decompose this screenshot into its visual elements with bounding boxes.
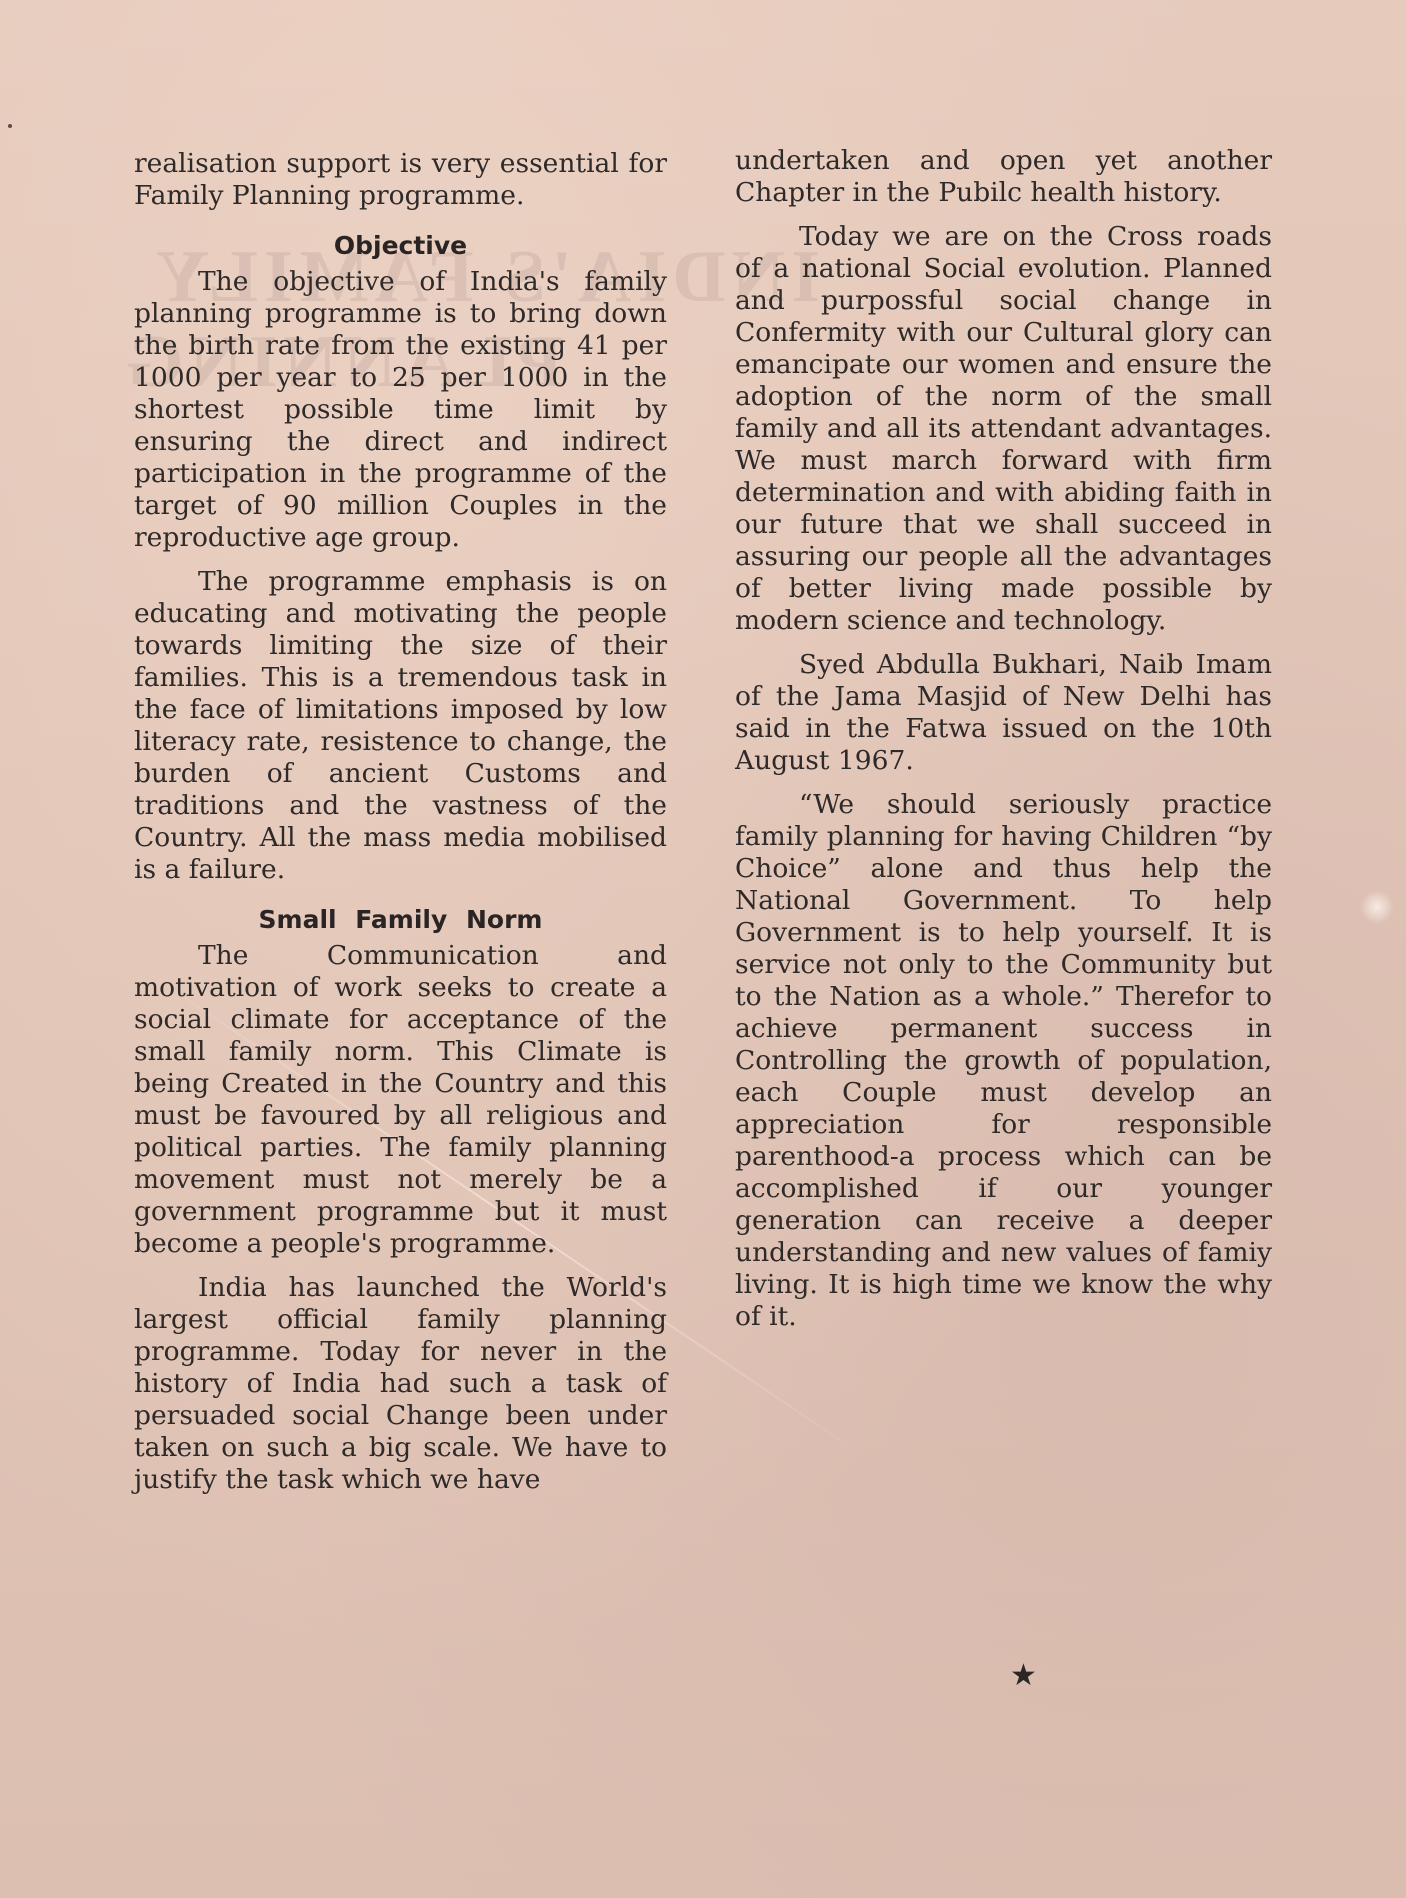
heading-objective: Objective xyxy=(134,230,667,262)
paragraph-communication: The Communication and motivation of work… xyxy=(134,940,667,1260)
heading-small-family-norm: Small Family Norm xyxy=(134,904,667,936)
left-column: realisation support is very essential fo… xyxy=(134,148,667,1496)
paragraph-fatwa-intro: Syed Abdulla Bukhari, Naib Imam of the J… xyxy=(735,649,1272,777)
paragraph-intro-continuation: realisation support is very essential fo… xyxy=(134,148,667,212)
right-column: undertaken and open yet another Chapter … xyxy=(735,145,1272,1333)
star-end-mark-icon: ★ xyxy=(1010,1658,1037,1693)
paragraph-public-health-continuation: undertaken and open yet another Chapter … xyxy=(735,145,1272,209)
paragraph-programme-emphasis: The programme emphasis is on educating a… xyxy=(134,566,667,886)
paragraph-cross-roads: Today we are on the Cross roads of a nat… xyxy=(735,221,1272,637)
paragraph-india-launched: India has launched the World's largest o… xyxy=(134,1272,667,1496)
paragraph-fatwa-quote: “We should seriously practice family pla… xyxy=(735,789,1272,1333)
paragraph-objective: The objective of India's family planning… xyxy=(134,266,667,554)
ink-speck xyxy=(8,124,12,128)
paper-blemish xyxy=(1360,890,1394,924)
